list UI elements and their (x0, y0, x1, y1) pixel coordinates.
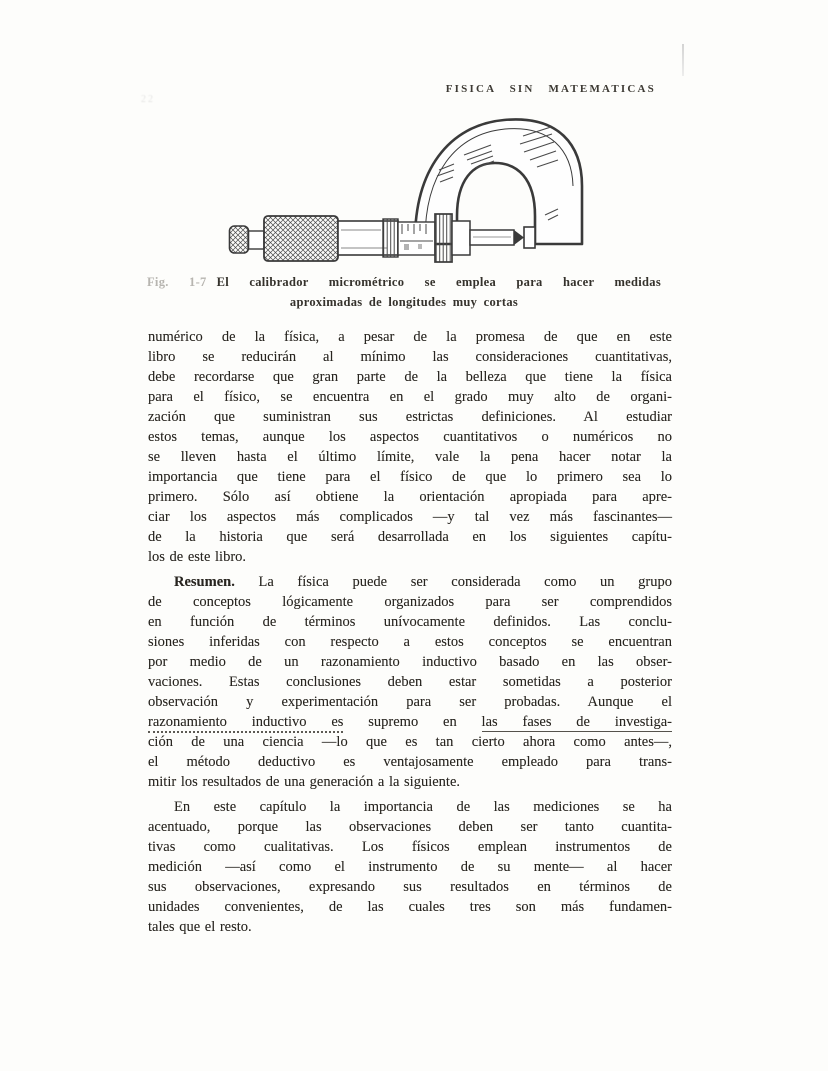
figure-caption-line2: aproximadas de longitudes muy cortas (147, 292, 661, 312)
text-line: vaciones. Estas conclusiones deben estar… (148, 672, 672, 692)
scan-artifact-line (682, 44, 684, 76)
text-segment: observación y experimentación para ser p… (148, 694, 672, 710)
text-line: se lleven hasta el último límite, vale l… (148, 447, 672, 467)
text-segment: La física puede ser considerada como un … (235, 574, 672, 590)
text-line: ción de una ciencia —lo que es tan ciert… (148, 732, 672, 752)
figure-caption: Fig. 1-7El calibrador micrométrico se em… (147, 272, 661, 312)
figure-caption-line1: Fig. 1-7El calibrador micrométrico se em… (147, 272, 661, 292)
text-segment: medición —así como el instrumento de su … (148, 859, 672, 875)
text-segment: por medio de un razonamiento inductivo b… (148, 654, 672, 670)
text-line: los de este libro. (148, 547, 672, 567)
page-number: 22 (141, 94, 155, 105)
text-segment: sus observaciones, expresando sus result… (148, 879, 672, 895)
paragraph: En este capítulo la importancia de las m… (148, 797, 672, 937)
micrometer-illustration (228, 110, 640, 268)
text-segment: En este capítulo la importancia de las m… (174, 799, 672, 815)
text-segment: tivas como cualitativas. Los físicos emp… (148, 839, 672, 855)
text-line: estos temas, aunque los aspectos cuantit… (148, 427, 672, 447)
bold-lead: Resumen. (174, 574, 235, 590)
text-segment: en función de términos unívocamente defi… (148, 614, 672, 630)
text-line: medición —así como el instrumento de su … (148, 857, 672, 877)
text-segment: unidades convenientes, de las cuales tre… (148, 899, 672, 915)
text-line: el método deductivo es ventajosamente em… (148, 752, 672, 772)
text-segment: ción de una ciencia —lo que es tan ciert… (148, 734, 672, 750)
text-line: siones inferidas con respecto a estos co… (148, 632, 672, 652)
figure-label: Fig. 1-7 (147, 275, 207, 289)
text-line: observación y experimentación para ser p… (148, 692, 672, 712)
text-line: unidades convenientes, de las cuales tre… (148, 897, 672, 917)
text-line: importancia que tiene para el físico de … (148, 467, 672, 487)
text-line: Resumen. La física puede ser considerada… (148, 572, 672, 592)
book-page: 22 FISICA SIN MATEMATICAS (0, 0, 828, 1071)
text-segment: de conceptos lógicamente organizados par… (148, 594, 672, 610)
text-line: en función de términos unívocamente defi… (148, 612, 672, 632)
text-line: acentuado, porque las observaciones debe… (148, 817, 672, 837)
text-segment: para el físico, se encuentra en el grado… (148, 389, 672, 405)
text-line: libro se reducirán al mínimo las conside… (148, 347, 672, 367)
text-segment: de la historia que será desarrollada en … (148, 529, 672, 545)
text-line: debe recordarse que gran parte de la bel… (148, 367, 672, 387)
text-line: primero. Sólo así obtiene la orientación… (148, 487, 672, 507)
text-line: por medio de un razonamiento inductivo b… (148, 652, 672, 672)
text-line: sus observaciones, expresando sus result… (148, 877, 672, 897)
text-segment: ciar los aspectos más complicados —y tal… (148, 509, 672, 525)
text-segment: vaciones. Estas conclusiones deben estar… (148, 674, 672, 690)
text-segment: el método deductivo es ventajosamente em… (148, 754, 672, 770)
text-line: En este capítulo la importancia de las m… (148, 797, 672, 817)
text-segment: libro se reducirán al mínimo las conside… (148, 349, 672, 365)
text-line: tivas como cualitativas. Los físicos emp… (148, 837, 672, 857)
text-segment: primero. Sólo así obtiene la orientación… (148, 489, 672, 505)
text-segment: mitir los resultados de una generación a… (148, 774, 460, 790)
text-line: numérico de la física, a pesar de la pro… (148, 327, 672, 347)
running-header: FISICA SIN MATEMATICAS (446, 83, 656, 95)
paragraph: numérico de la física, a pesar de la pro… (148, 327, 672, 567)
text-segment: numérico de la física, a pesar de la pro… (148, 329, 672, 345)
text-segment: se lleven hasta el último límite, vale l… (148, 449, 672, 465)
text-line: zación que suministran sus estrictas def… (148, 407, 672, 427)
text-segment: siones inferidas con respecto a estos co… (148, 634, 672, 650)
text-line: de conceptos lógicamente organizados par… (148, 592, 672, 612)
text-line: razonamiento inductivo es supremo en las… (148, 712, 672, 732)
micrometer-barrel (230, 214, 536, 262)
text-segment: importancia que tiene para el físico de … (148, 469, 672, 485)
text-line: tales que el resto. (148, 917, 672, 937)
body-text: numérico de la física, a pesar de la pro… (148, 327, 672, 937)
text-line: mitir los resultados de una generación a… (148, 772, 672, 792)
paragraph: Resumen. La física puede ser considerada… (148, 572, 672, 792)
text-line: para el físico, se encuentra en el grado… (148, 387, 672, 407)
pencil-underline-dotted: razonamiento inductivo es (148, 714, 343, 733)
text-line: de la historia que será desarrollada en … (148, 527, 672, 547)
pencil-underline-solid: las fases de investiga- (482, 714, 672, 732)
text-segment: tales que el resto. (148, 919, 252, 935)
text-segment: los de este libro. (148, 549, 246, 565)
text-segment: acentuado, porque las observaciones debe… (148, 819, 672, 835)
text-line: ciar los aspectos más complicados —y tal… (148, 507, 672, 527)
text-segment: debe recordarse que gran parte de la bel… (148, 369, 672, 385)
text-segment: zación que suministran sus estrictas def… (148, 409, 672, 425)
text-segment: supremo en (343, 714, 481, 730)
figure-caption-text: El calibrador micrométrico se emplea par… (217, 275, 661, 289)
text-segment: estos temas, aunque los aspectos cuantit… (148, 429, 672, 445)
